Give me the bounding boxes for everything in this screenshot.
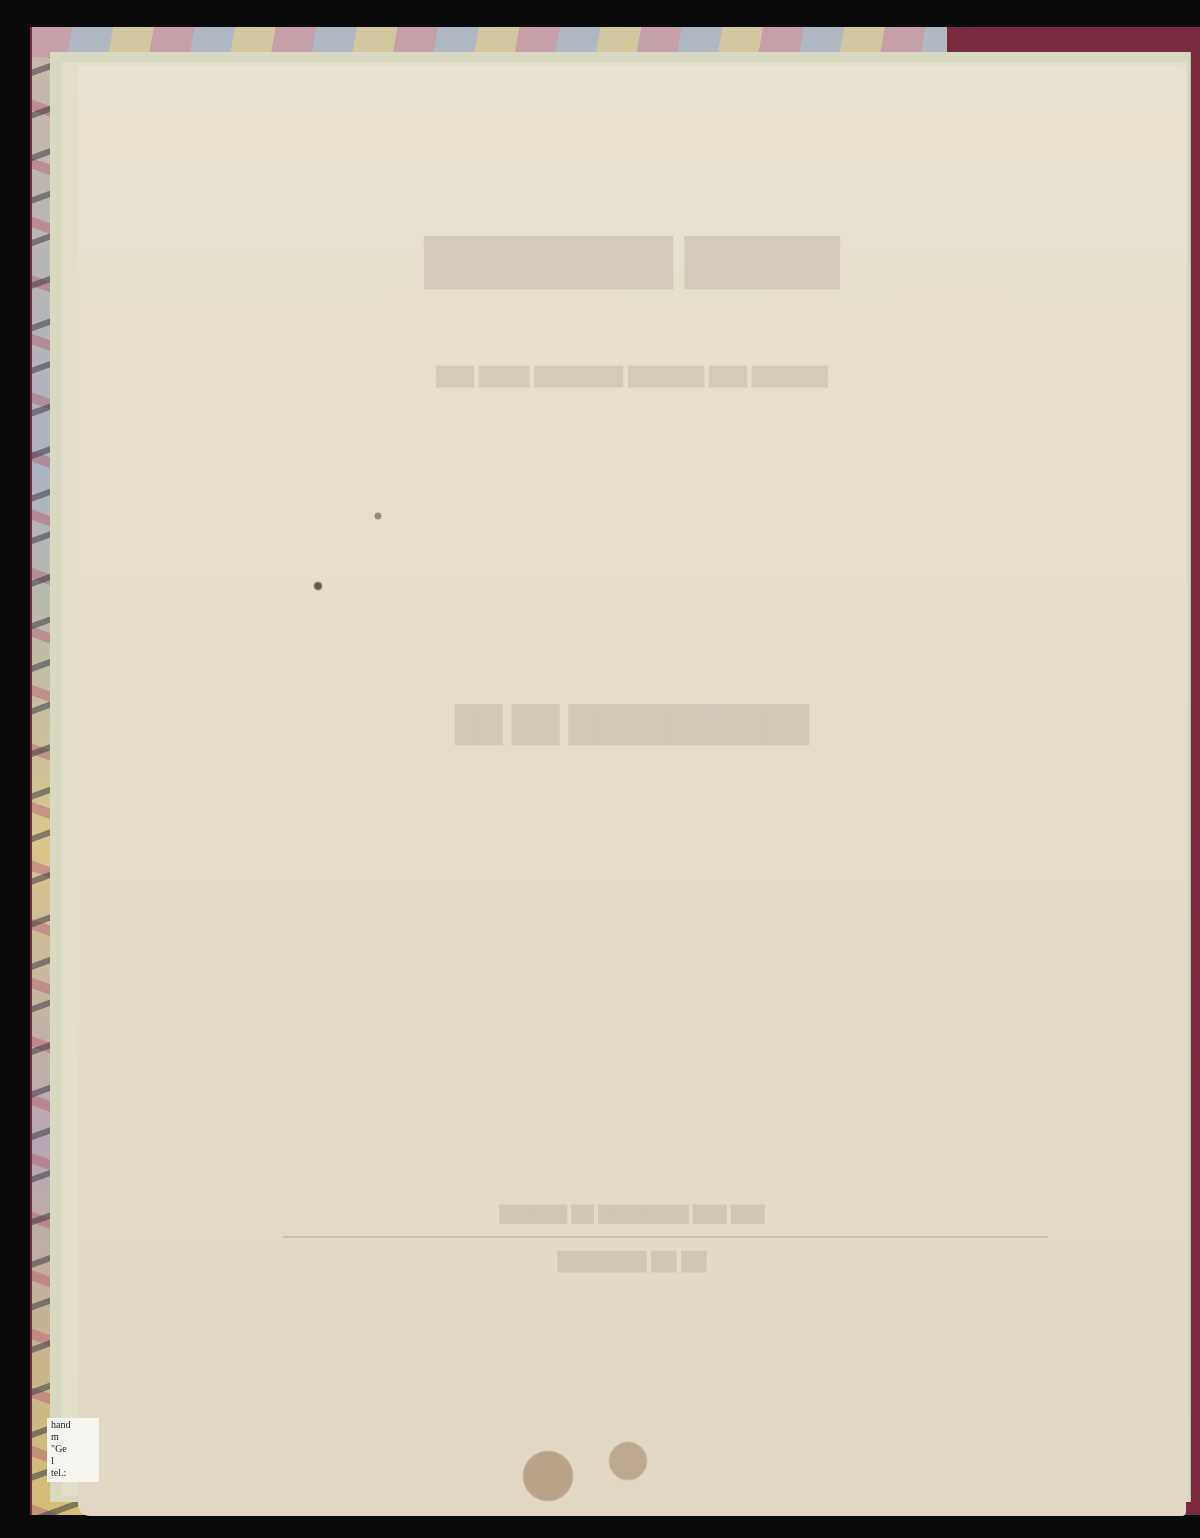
show-through-rule xyxy=(283,1236,1048,1238)
show-through-date: ██ ██ ███████ xyxy=(78,1251,1186,1272)
show-through-title: █████ ████████ xyxy=(78,236,1186,287)
show-through-imprint: ███ ███ ████████ ██ ██████ xyxy=(78,1206,1186,1224)
show-through-text: ██████ ███ ██████ ███████ ████ ███ xyxy=(78,366,1186,387)
library-label-sticker: hand m "Ge l tel.: xyxy=(47,1418,99,1482)
show-through-subtitle: ██████████ ██ ██ xyxy=(78,706,1186,744)
book-page: █████ ████████ ██████ ███ ██████ ███████… xyxy=(78,66,1186,1516)
